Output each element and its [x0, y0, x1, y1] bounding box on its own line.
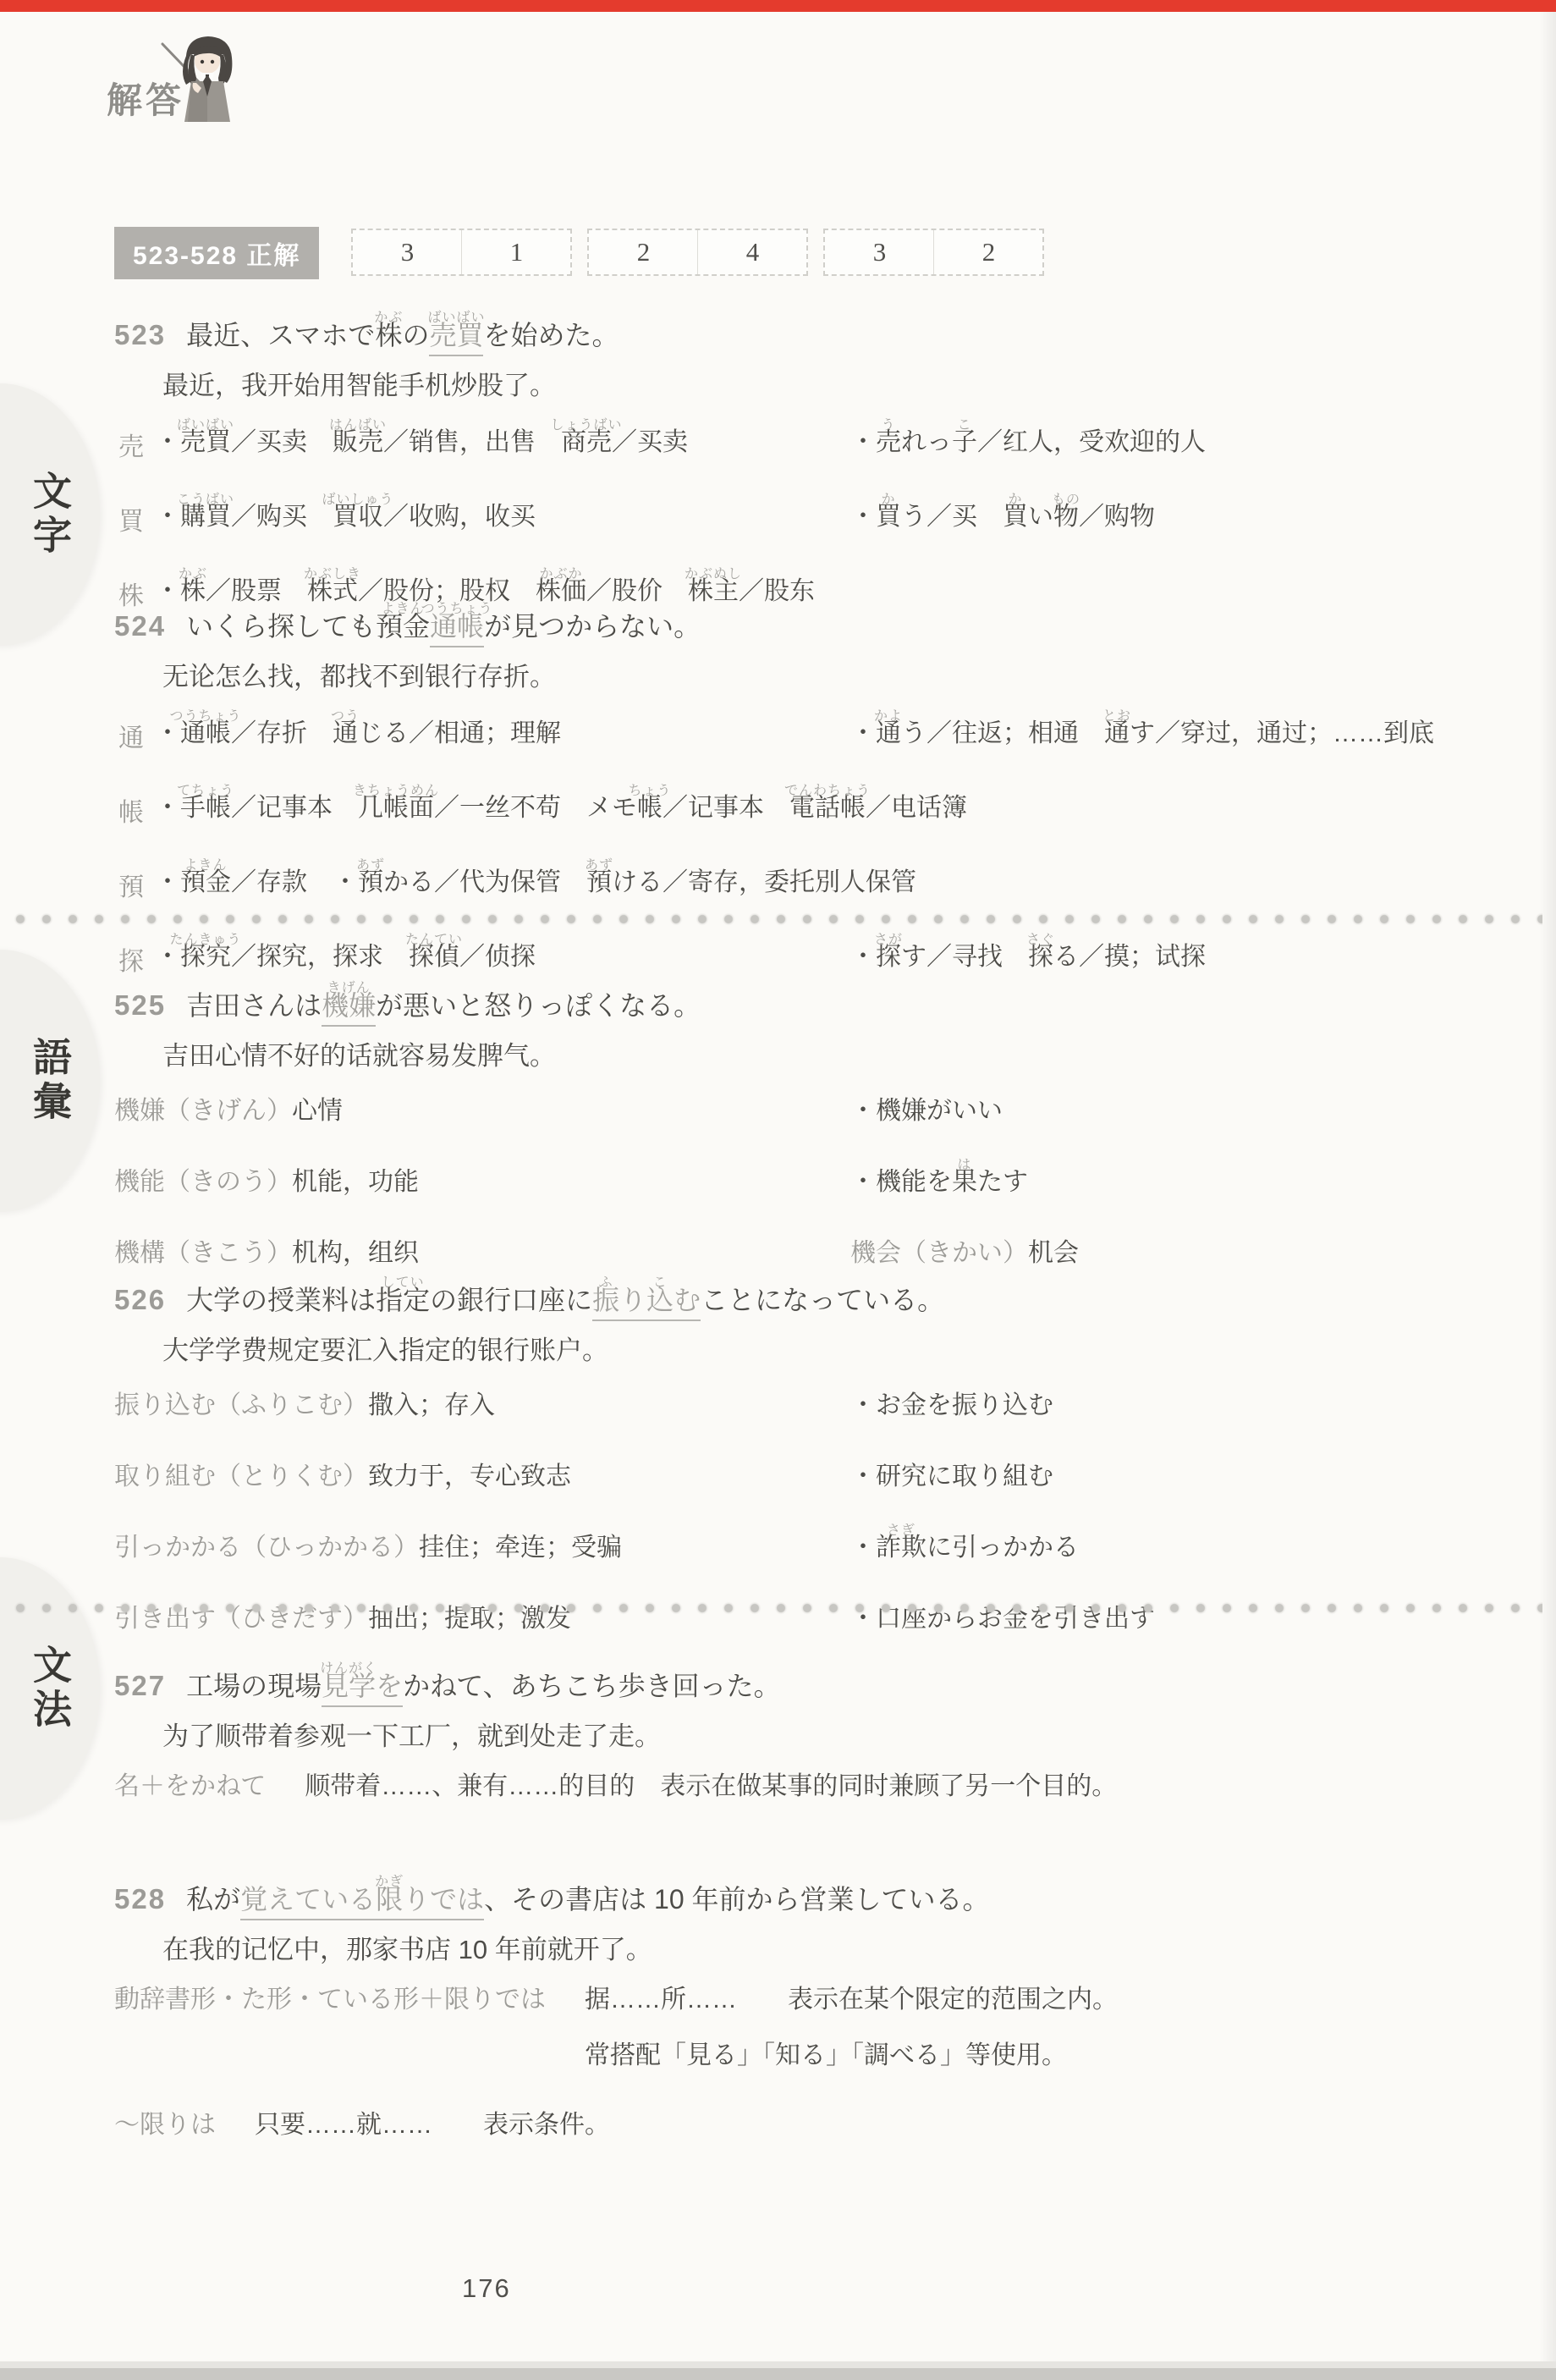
chinese-translation: 吉田心情不好的话就容易发脾气。	[162, 1037, 1514, 1076]
furigana: よきん	[184, 849, 227, 883]
text-segment: 販売はんばい	[333, 426, 383, 460]
question-number: 526	[114, 1284, 166, 1315]
text-segment: 機能（きのう）	[114, 1165, 292, 1199]
text-segment: ／电话簿	[866, 791, 967, 825]
vocab-row: 取り組む（とりくむ）致力于，专心致志・研究に取り組む	[114, 1441, 1514, 1512]
furigana: たんてい	[405, 923, 463, 957]
text-segment: を	[376, 1667, 403, 1707]
grammar-explanation-line: 只要……就…… 表示条件。	[255, 2108, 610, 2142]
text-segment: りでは	[403, 1881, 484, 1920]
text-segment: 売う	[876, 426, 901, 460]
page-edge-shadow	[1539, 12, 1556, 2368]
question-sentence-line: 523最近、スマホで株かぶの売買ばいばいを始めた。	[114, 295, 1514, 360]
text-segment: 預金よきん	[180, 866, 231, 900]
text-segment: 大学の授業料は	[186, 1281, 376, 1319]
text-segment: 撒入；存入	[368, 1389, 495, 1423]
text-segment: かる／代为保管	[383, 866, 586, 900]
kanji-label: 買	[118, 500, 144, 537]
text-segment: 振ふ	[592, 1281, 619, 1321]
kanji-label: 通	[118, 717, 144, 754]
text-segment: ・研究に取り組む	[850, 1460, 1053, 1494]
text-segment: す／穿过，通过；……到底	[1130, 717, 1434, 751]
text-segment: 買か	[1003, 500, 1028, 534]
text-segment: ／销售，出售	[383, 426, 561, 460]
text-segment: 商売しょうばい	[561, 426, 612, 460]
chinese-translation: 无论怎么找，都找不到银行存折。	[162, 658, 1514, 697]
vocab-row-right: ・研究に取り組む	[850, 1460, 1053, 1494]
kanji-row-left: ・購買こうばい／购买 買収ばいしゅう／收购，收买	[155, 500, 536, 534]
text-segment: 取り組む（とりくむ）	[114, 1460, 368, 1494]
text-segment: が悪いと怒りっぽくなる。	[376, 987, 701, 1024]
text-segment: 、その書店は 10 年前から営業している。	[484, 1881, 989, 1918]
text-segment: ・機能を	[850, 1165, 952, 1199]
question-526: 526大学の授業料は指定していの銀行口座に振ふり込こむことになっている。 大学学…	[114, 1259, 1514, 1655]
question-523: 523最近、スマホで株かぶの売買ばいばいを始めた。 最近，我开始用智能手机炒股了…	[114, 295, 1514, 629]
question-527: 527工場の現場見学けんがくをかねて、あちこち歩き回った。 为了顺带着参观一下工…	[114, 1645, 1514, 1826]
text-segment: 買収ばいしゅう	[333, 500, 383, 534]
answer-cell: 3	[825, 230, 933, 274]
text-segment: 振り込む（ふりこむ）	[114, 1389, 368, 1423]
question-sentence: 工場の現場見学けんがくをかねて、あちこち歩き回った。	[186, 1671, 781, 1701]
grammar-pattern: 名＋をかねて	[114, 1770, 266, 1826]
text-segment: 工場の現場	[186, 1667, 322, 1705]
furigana: かよ	[874, 700, 903, 734]
furigana: けんがく	[320, 1650, 377, 1688]
question-number: 524	[114, 610, 166, 642]
question-sentence: 大学の授業料は指定していの銀行口座に振ふり込こむことになっている。	[186, 1285, 944, 1315]
text-segment: 通とお	[1104, 717, 1130, 751]
kanji-label: 帳	[118, 791, 144, 829]
text-segment: 機嫌きげん	[322, 987, 376, 1027]
text-segment: 売買ばいばい	[429, 317, 483, 356]
furigana: つうちょう	[421, 591, 493, 628]
text-segment: ける／寄存，委托別人保管	[612, 866, 916, 900]
text-segment: 売買ばいばい	[180, 426, 231, 460]
furigana: さが	[874, 923, 903, 957]
text-segment: 預あず	[358, 866, 383, 900]
furigana: あず	[585, 849, 613, 883]
text-segment: 通帳つうちょう	[180, 717, 231, 751]
text-segment: ・	[850, 717, 876, 751]
page-number: 176	[462, 2273, 511, 2304]
text-segment: 電話帳でんわちょう	[789, 791, 866, 825]
furigana: とお	[1102, 700, 1131, 734]
kanji-row-right: ・買かう／买 買かい物もの／购物	[850, 500, 1155, 534]
question-number: 527	[114, 1670, 166, 1701]
text-segment: い	[1028, 500, 1053, 534]
text-segment: の	[402, 317, 429, 354]
question-sentence-line: 524いくら探しても預金よきん通帳つうちょうが見つからない。	[114, 586, 1514, 651]
furigana: かぶ	[374, 300, 403, 337]
furigana: てちょう	[177, 774, 234, 808]
question-sentence: いくら探しても預金よきん通帳つうちょうが見つからない。	[186, 611, 701, 642]
chinese-translation: 大学学费规定要汇入指定的银行账户。	[162, 1331, 1514, 1370]
text-segment: ／买卖	[231, 426, 333, 460]
text-segment: ／一丝不苟 メモ	[434, 791, 637, 825]
answer-cell: 1	[461, 230, 570, 274]
text-segment: 手帳てちょう	[180, 791, 231, 825]
grammar-explanation-line: 顺带着……、兼有……的目的 表示在做某事的同时兼顾了另一个目的。	[305, 1770, 1117, 1804]
kanji-row: 通・通帳つうちょう／存折 通つうじる／相通；理解・通かよう／往返；相通 通とおす…	[114, 697, 1514, 771]
text-segment: ・お金を振り込む	[850, 1389, 1053, 1423]
question-sentence-line: 525吉田さんは機嫌きげんが悪いと怒りっぽくなる。	[114, 965, 1514, 1030]
teacher-girl-illustration	[154, 30, 256, 128]
grammar-patterns: 動辞書形・た形・ている形＋限りでは据……所…… 表示在某个限定的范围之内。常搭配…	[114, 1983, 1514, 2164]
question-number: 523	[114, 319, 166, 350]
text-segment: 詐欺さぎ	[876, 1531, 926, 1565]
question-number: 525	[114, 989, 166, 1021]
vocab-row-right: ・機能を果はたす	[850, 1165, 1028, 1199]
vocab-row-left: 引っかかる（ひっかかる）挂住；牵连；受骗	[114, 1531, 622, 1565]
kanji-row: 帳・手帳てちょう／记事本 几帳面きちょうめん／一丝不苟 メモ帳ちょう／记事本 電…	[114, 771, 1514, 846]
kanji-row: 買・購買こうばい／购买 買収ばいしゅう／收购，收买・買かう／买 買かい物もの／购…	[114, 480, 1514, 554]
furigana: つう	[331, 700, 360, 734]
answer-cell-group: 31	[351, 229, 572, 276]
furigana: う	[881, 409, 895, 443]
furigana: さぎ	[887, 1514, 915, 1548]
dotted-divider	[14, 912, 1542, 927]
tab-moji-label: 文字	[22, 471, 78, 559]
dotted-divider	[14, 1601, 1542, 1616]
answer-cells: 312432	[351, 229, 1059, 276]
text-segment: 通つう	[333, 717, 358, 751]
furigana: ふ	[599, 1264, 613, 1302]
text-segment: 果は	[952, 1165, 977, 1199]
vocab-row-left: 機能（きのう）机能，功能	[114, 1165, 419, 1199]
vocab-row-left: 取り組む（とりくむ）致力于，专心致志	[114, 1460, 571, 1494]
text-segment: の銀行口座に	[430, 1281, 592, 1319]
answer-page: 文字 語彙 文法 解答 523-528 正解 312432 523最近、スマホで…	[0, 0, 1556, 2380]
tab-bunpo: 文法	[0, 1557, 100, 1820]
text-segment: ／记事本	[663, 791, 789, 825]
kanji-row-left: ・売買ばいばい／买卖 販売はんばい／销售，出售 商売しょうばい／买卖	[155, 426, 688, 460]
tab-goi: 語彙	[0, 950, 100, 1212]
text-segment: ／收购，收买	[383, 500, 536, 534]
tab-goi-label: 語彙	[22, 1037, 78, 1125]
text-segment: 買か	[876, 500, 901, 534]
grammar-pattern: ～限りは	[114, 2108, 216, 2164]
text-segment: む	[674, 1281, 701, 1321]
page-bottom-edge-light	[0, 2361, 1556, 2368]
text-segment: 吉田さんは	[186, 987, 322, 1024]
text-segment: 引っかかる（ひっかかる）	[114, 1531, 419, 1565]
text-segment: 心情	[292, 1094, 343, 1128]
question-sentence-line: 527工場の現場見学けんがくをかねて、あちこち歩き回った。	[114, 1645, 1514, 1711]
grammar-explanation-line: 据……所…… 表示在某个限定的范围之内。	[585, 1983, 1118, 2017]
text-segment: に引っかかる	[926, 1531, 1079, 1565]
text-segment: り	[619, 1281, 646, 1321]
text-segment: 購買こうばい	[180, 500, 231, 534]
text-segment: 見学けんがく	[322, 1667, 376, 1707]
furigana: か	[881, 483, 895, 517]
top-red-border	[0, 0, 1556, 12]
kanji-row: 預・預金よきん／存款 ・預あずかる／代为保管 預あずける／寄存，委托別人保管	[114, 846, 1514, 920]
page-bottom-edge	[0, 2368, 1556, 2380]
chinese-translation: 在我的记忆中，那家书店 10 年前就开了。	[162, 1931, 1514, 1970]
text-segment: かねて、あちこち歩き回った。	[403, 1667, 781, 1705]
text-segment: ・	[850, 500, 876, 534]
answer-banner: 523-528 正解 312432	[114, 227, 1059, 279]
vocab-row-left: 機嫌（きげん）心情	[114, 1094, 343, 1128]
text-segment: ・機嫌がいい	[850, 1094, 1003, 1128]
text-segment: 挂住；牵连；受骗	[419, 1531, 622, 1565]
vocab-row-right: ・詐欺さぎに引っかかる	[850, 1531, 1079, 1565]
question-sentence-line: 526大学の授業料は指定していの銀行口座に振ふり込こむことになっている。	[114, 1259, 1514, 1325]
vocab-row: 振り込む（ふりこむ）撒入；存入・お金を振り込む	[114, 1370, 1514, 1441]
furigana: こうばい	[177, 483, 234, 517]
answer-cell-group: 32	[823, 229, 1044, 276]
vocab-row: 機能（きのう）机能，功能・機能を果はたす	[114, 1147, 1514, 1218]
text-segment: 株かぶ	[375, 317, 402, 354]
furigana: してい	[382, 1264, 425, 1302]
grammar-explanation-line: 常搭配「見る」「知る」「調べる」等使用。	[585, 2039, 1118, 2073]
grammar-pattern-row: 名＋をかねて顺带着……、兼有……的目的 表示在做某事的同时兼顾了另一个目的。	[114, 1770, 1514, 1826]
text-segment: 私が	[186, 1881, 240, 1918]
chinese-translation: 为了顺带着参观一下工厂，就到处走了走。	[162, 1717, 1514, 1756]
vocab-row-right: ・お金を振り込む	[850, 1389, 1053, 1423]
grammar-pattern: 動辞書形・た形・ている形＋限りでは	[114, 1983, 546, 2095]
text-segment: 致力于，专心致志	[368, 1460, 571, 1494]
kanji-row: 売・売買ばいばい／买卖 販売はんばい／销售，出售 商売しょうばい／买卖・売うれっ…	[114, 405, 1514, 480]
question-number: 528	[114, 1883, 166, 1914]
text-segment: 机能，功能	[292, 1165, 419, 1199]
kanji-row-left: ・預金よきん／存款 ・預あずかる／代为保管 預あずける／寄存，委托別人保管	[155, 866, 916, 900]
furigana: はんばい	[329, 409, 387, 443]
question-sentence: 最近、スマホで株かぶの売買ばいばいを始めた。	[186, 320, 619, 350]
text-segment: じる／相通；理解	[358, 717, 561, 751]
chinese-translation: 最近，我开始用智能手机炒股了。	[162, 366, 1514, 405]
furigana: きちょうめん	[353, 774, 439, 808]
text-segment: 限かぎ	[376, 1881, 403, 1920]
question-sentence-line: 528私が覚えている限かぎりでは、その書店は 10 年前から営業している。	[114, 1859, 1514, 1924]
text-segment: ことになっている。	[701, 1281, 944, 1319]
text-segment: ／记事本	[231, 791, 358, 825]
text-segment: 最近、スマホで	[186, 317, 375, 354]
furigana: よきん	[382, 591, 425, 628]
text-segment: ／买卖	[612, 426, 688, 460]
furigana: きげん	[327, 970, 371, 1007]
text-segment: 覚えている	[240, 1881, 376, 1920]
answer-banner-label: 523-528 正解	[114, 227, 319, 279]
furigana: こ	[653, 1264, 668, 1302]
furigana: かぎ	[375, 1864, 404, 1901]
question-sentence: 吉田さんは機嫌きげんが悪いと怒りっぽくなる。	[186, 990, 701, 1021]
kanji-row-left: ・手帳てちょう／记事本 几帳面きちょうめん／一丝不苟 メモ帳ちょう／记事本 電話…	[155, 791, 967, 825]
text-segment: ・	[850, 1531, 876, 1565]
text-segment: 込こ	[646, 1281, 674, 1321]
text-segment: 通かよ	[876, 717, 901, 751]
text-segment: を始めた。	[483, 317, 619, 354]
grammar-patterns: 名＋をかねて顺带着……、兼有……的目的 表示在做某事的同时兼顾了另一个目的。	[114, 1770, 1514, 1826]
furigana: こ	[957, 409, 971, 443]
text-segment: が見つからない。	[484, 608, 701, 645]
kanji-row-left: ・通帳つうちょう／存折 通つうじる／相通；理解	[155, 717, 561, 751]
text-segment: 指定してい	[376, 1281, 430, 1319]
kanji-label: 預	[118, 866, 144, 903]
text-segment: 物もの	[1053, 500, 1079, 534]
vocab-pairs: 機嫌（きげん）心情・機嫌がいい機能（きのう）机能，功能・機能を果はたす機構（きこ…	[114, 1076, 1514, 1289]
text-segment: ／购物	[1079, 500, 1155, 534]
grammar-pattern-explanations: 据……所…… 表示在某个限定的范围之内。常搭配「見る」「知る」「調べる」等使用。	[585, 1983, 1118, 2095]
text-segment: 几帳面きちょうめん	[358, 791, 434, 825]
furigana: さぐ	[1026, 923, 1055, 957]
text-segment: ／红人，受欢迎的人	[977, 426, 1206, 460]
text-segment: 機嫌（きげん）	[114, 1094, 292, 1128]
grammar-pattern-row: 動辞書形・た形・ている形＋限りでは据……所…… 表示在某个限定的范围之内。常搭配…	[114, 1983, 1514, 2095]
text-segment: ・	[155, 866, 180, 900]
grammar-pattern-explanations: 顺带着……、兼有……的目的 表示在做某事的同时兼顾了另一个目的。	[305, 1770, 1117, 1826]
question-sentence: 私が覚えている限かぎりでは、その書店は 10 年前から営業している。	[186, 1884, 989, 1914]
text-segment: いくら探しても	[186, 608, 376, 645]
text-segment: ／存款 ・	[231, 866, 358, 900]
furigana: は	[957, 1149, 971, 1182]
furigana: か	[1008, 483, 1022, 517]
kanji-rows: 通・通帳つうちょう／存折 通つうじる／相通；理解・通かよう／往返；相通 通とおす…	[114, 697, 1514, 994]
text-segment: ・	[850, 426, 876, 460]
text-segment: 通帳つうちょう	[430, 608, 484, 647]
vocab-row-left: 振り込む（ふりこむ）撒入；存入	[114, 1389, 495, 1423]
kanji-label: 売	[118, 426, 144, 463]
grammar-pattern-explanations: 只要……就…… 表示条件。	[255, 2108, 610, 2164]
question-525: 525吉田さんは機嫌きげんが悪いと怒りっぽくなる。 吉田心情不好的话就容易发脾气…	[114, 965, 1514, 1289]
furigana: ばいばい	[177, 409, 234, 443]
question-524: 524いくら探しても預金よきん通帳つうちょうが見つからない。 无论怎么找，都找不…	[114, 586, 1514, 994]
answer-cell: 3	[353, 230, 461, 274]
text-segment: ／存折	[231, 717, 333, 751]
tab-bunpo-label: 文法	[22, 1645, 78, 1733]
text-segment: ／购买	[231, 500, 333, 534]
text-segment: 帳ちょう	[637, 791, 663, 825]
tab-moji: 文字	[0, 383, 100, 646]
text-segment: 子こ	[952, 426, 977, 460]
answer-cell: 4	[697, 230, 806, 274]
text-segment: う／往返；相通	[901, 717, 1104, 751]
text-segment: れっ	[901, 426, 952, 460]
grammar-pattern-row: ～限りは只要……就…… 表示条件。	[114, 2108, 1514, 2164]
kanji-row-right: ・通かよう／往返；相通 通とおす／穿过，通过；……到底	[850, 717, 1434, 751]
furigana: もの	[1052, 483, 1080, 517]
text-segment: 預あず	[586, 866, 612, 900]
text-segment: たす	[977, 1165, 1028, 1199]
vocab-row: 機嫌（きげん）心情・機嫌がいい	[114, 1076, 1514, 1147]
furigana: ばいばい	[427, 300, 485, 337]
question-528: 528私が覚えている限かぎりでは、その書店は 10 年前から営業している。 在我…	[114, 1859, 1514, 2164]
vocab-row: 引っかかる（ひっかかる）挂住；牵连；受骗・詐欺さぎに引っかかる	[114, 1512, 1514, 1584]
vocab-row-right: ・機嫌がいい	[850, 1094, 1003, 1128]
text-segment: う／买	[901, 500, 1003, 534]
answer-cell: 2	[589, 230, 697, 274]
furigana: あず	[356, 849, 385, 883]
kanji-row-right: ・売うれっ子こ／红人，受欢迎的人	[850, 426, 1206, 460]
answer-cell: 2	[933, 230, 1042, 274]
furigana: でんわちょう	[784, 774, 871, 808]
vocab-row: 引き出す（ひきだす）抽出；提取；激发・口座からお金を引き出す	[114, 1584, 1514, 1655]
answer-cell-group: 24	[587, 229, 808, 276]
